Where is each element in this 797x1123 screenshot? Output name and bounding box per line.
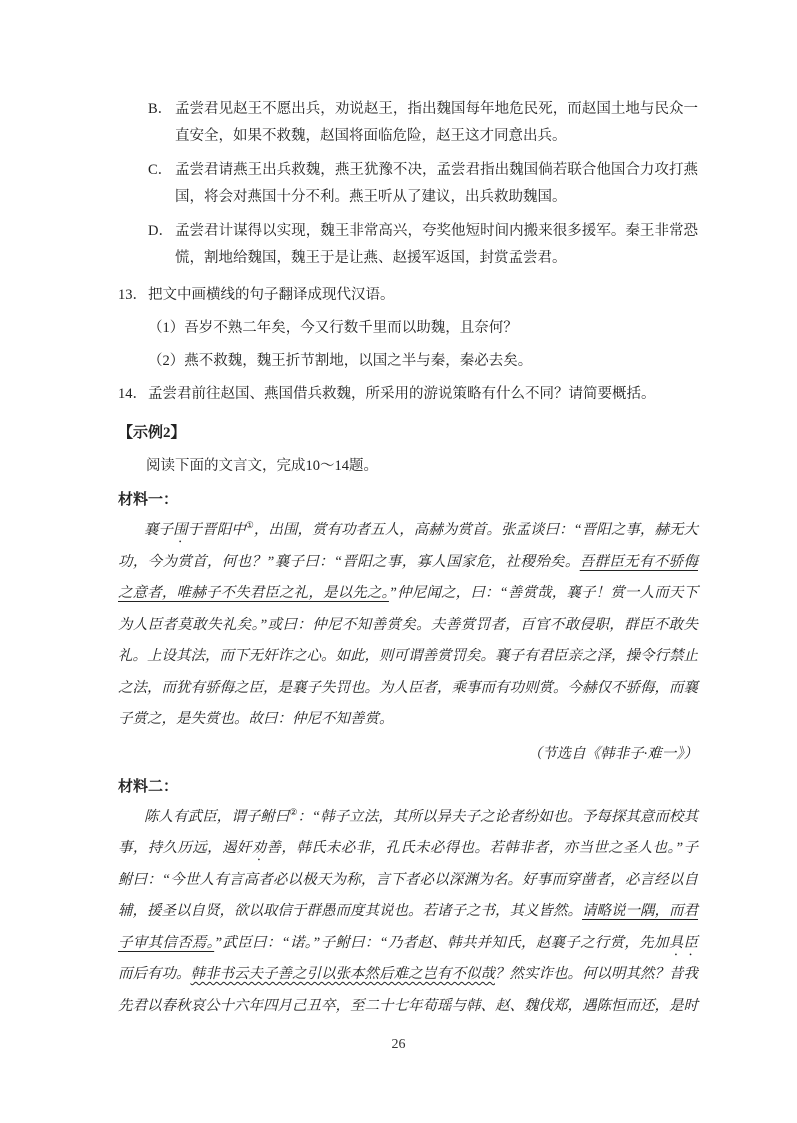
footnote-marker-1: ① <box>246 520 254 530</box>
example-2-header: 【示例2】 <box>118 417 698 450</box>
material-1-label: 材料一： <box>118 485 698 515</box>
question-text: 孟尝君前往赵国、燕国借兵救魏，所采用的游说策略有什么不同？请简要概括。 <box>148 378 698 411</box>
question-13-sub-1: （1）吾岁不熟二年矣，今又行数千里而以助魏，且奈何？ <box>148 312 698 345</box>
question-13: 13．把文中画横线的句子翻译成现代汉语。 <box>118 279 698 312</box>
question-14: 14．孟尝君前往赵国、燕国借兵救魏，所采用的游说策略有什么不同？请简要概括。 <box>118 378 698 411</box>
text-segment: 而后有功。 <box>118 966 191 982</box>
reading-instruction: 阅读下面的文言文，完成10～14题。 <box>118 450 698 483</box>
text-segment: 襄子 <box>144 522 173 538</box>
emphasis-dot-text: 劝 <box>252 840 267 856</box>
choice-option-d: D．孟尝君计谋得以实现，魏王非常高兴，夸奖他短时间内搬来很多援军。秦王非常恐慌，… <box>148 218 698 272</box>
emphasis-dot-text: 具臣 <box>669 935 698 951</box>
option-letter: B． <box>148 96 175 150</box>
option-text: 孟尝君见赵王不愿出兵，劝说赵王，指出魏国每年地危民死，而赵国土地与民众一直安全，… <box>175 96 698 150</box>
choice-option-c: C．孟尝君请燕王出兵救魏，燕王犹豫不决，孟尝君指出魏国倘若联合他国合力攻打燕国，… <box>148 157 698 211</box>
option-letter: C． <box>148 157 175 211</box>
choice-option-b: B．孟尝君见赵王不愿出兵，劝说赵王，指出魏国每年地危民死，而赵国土地与民众一直安… <box>148 96 698 150</box>
text-segment: 于晋阳中 <box>188 522 246 538</box>
option-letter: D． <box>148 218 175 272</box>
question-text: 把文中画横线的句子翻译成现代汉语。 <box>148 279 698 312</box>
emphasis-dot-text: 围 <box>173 522 188 538</box>
wavy-underlined-text: 韩非书云夫子善之引以张本然后难之岂有不似哉 <box>191 966 496 982</box>
option-text: 孟尝君请燕王出兵救魏，燕王犹豫不决，孟尝君指出魏国倘若联合他国合力攻打燕国，将会… <box>175 157 698 211</box>
question-number: 13． <box>118 279 148 312</box>
material-2-text: 陈人有武臣，谓子鲋曰②：“韩子立法，其所以异夫子之论者纷如也。予每探其意而校其事… <box>118 802 698 1023</box>
text-segment: ”仲尼闻之，曰：“善赏哉，襄子！赏一人而天下为人臣者莫敢失礼矣。”或曰：仲尼不知… <box>118 585 698 727</box>
material-2-label: 材料二： <box>118 772 698 802</box>
question-13-sub-2: （2）燕不救魏，魏王折节割地，以国之半与秦，秦必去矣。 <box>148 345 698 378</box>
document-page: B．孟尝君见赵王不愿出兵，劝说赵王，指出魏国每年地危民死，而赵国土地与民众一直安… <box>0 0 797 1123</box>
text-segment: 陈人有武臣，谓子鲋曰 <box>144 809 289 825</box>
page-number: 26 <box>0 1037 797 1053</box>
option-text: 孟尝君计谋得以实现，魏王非常高兴，夸奖他短时间内搬来很多援军。秦王非常恐慌，割地… <box>175 218 698 272</box>
material-1-text: 襄子围于晋阳中①，出围，赏有功者五人，高赫为赏首。张孟谈曰：“晋阳之事，赫无大功… <box>118 515 698 736</box>
text-segment: ”武臣曰：“诺。”子鲋曰：“乃者赵、韩共并知氏，赵襄子之行赏，先加 <box>214 935 669 951</box>
question-number: 14． <box>118 378 148 411</box>
page-content: B．孟尝君见赵王不愿出兵，劝说赵王，指出魏国每年地危民死，而赵国土地与民众一直安… <box>118 96 698 1022</box>
material-1-source: （节选自《韩非子·难一》） <box>118 738 698 770</box>
